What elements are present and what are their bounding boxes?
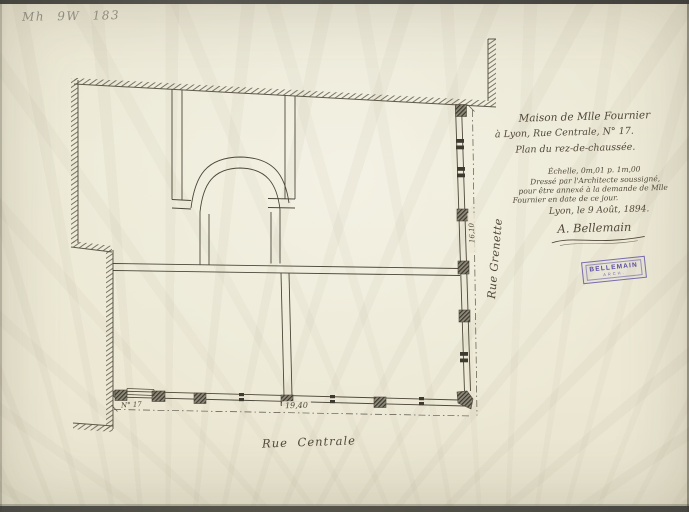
stamp-subtitle-text: ARCH. <box>603 270 626 277</box>
arched-niche <box>172 89 295 265</box>
scan-edge-left <box>0 0 2 512</box>
height-dimension-label: 16,10 <box>467 213 476 253</box>
width-dimension-label: 19,40 <box>282 401 311 411</box>
plan-subtitle-line: Plan du rez-de-chaussée. <box>515 141 671 156</box>
dimension-lines <box>112 105 478 417</box>
wall-pillars <box>115 105 473 410</box>
archival-pencil-mark: Mh 9W 183 <box>22 8 120 24</box>
architect-stamp-border: BELLEMAIN ARCH. <box>585 259 642 281</box>
scan-edge-top <box>0 0 689 4</box>
entrance-number-label: N° 17 <box>121 400 142 409</box>
title-block: Maison de Mlle Fournier à Lyon, Rue Cent… <box>494 109 673 238</box>
plan-title-line: Maison de Mlle Fournier <box>518 109 670 125</box>
building-walls <box>113 105 471 406</box>
place-and-date: Lyon, le 9 Août, 1894. <box>549 204 673 217</box>
plan-address-line: à Lyon, Rue Centrale, N° 17. <box>495 125 671 141</box>
scan-edge-bottom <box>0 506 689 512</box>
signature-flourish <box>550 231 650 248</box>
scanned-document-paper: Mh 9W 183 Maison de Mlle Fournier à Lyon… <box>0 0 689 512</box>
scan-edge-bottom-shadow <box>0 504 689 506</box>
